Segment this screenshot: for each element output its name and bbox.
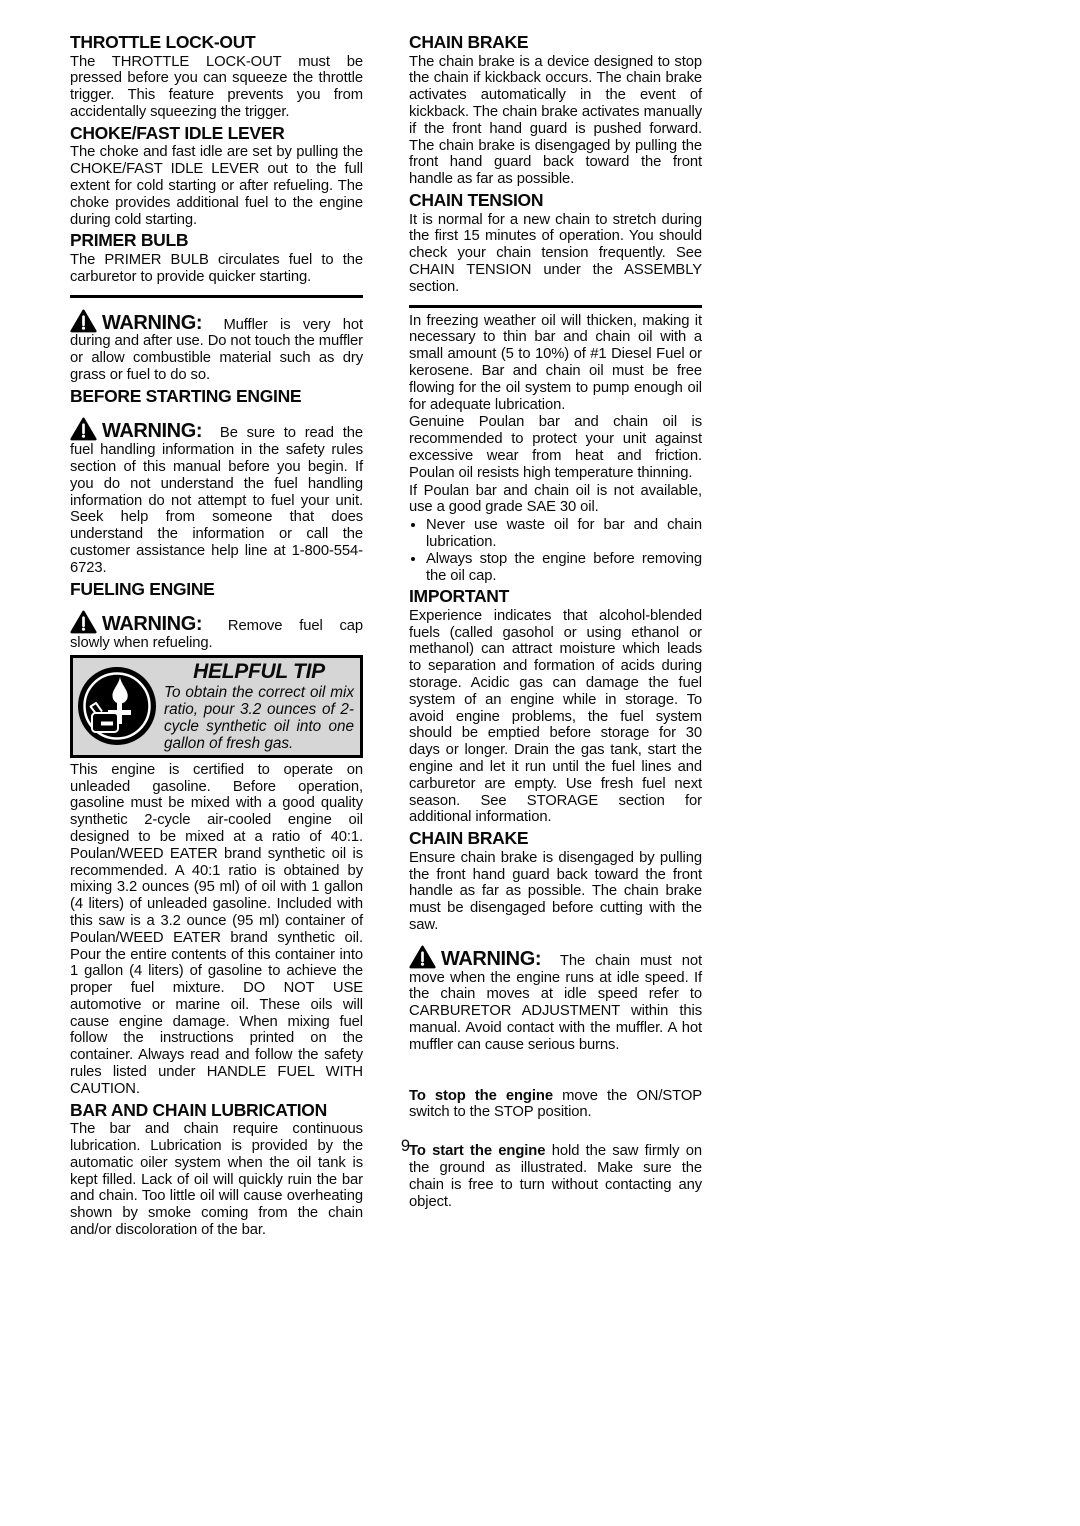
helpful-tip-body: To obtain the correct oil mix ratio, pou… <box>164 684 354 752</box>
section-heading-chain-brake-2: CHAIN BRAKE <box>409 829 702 849</box>
manual-page: THROTTLE LOCK-OUT The THROTTLE LOCK-OUT … <box>0 0 1080 1526</box>
two-column-layout: THROTTLE LOCK-OUT The THROTTLE LOCK-OUT … <box>70 30 702 1240</box>
section-heading-before-starting-engine: BEFORE STARTING ENGINE <box>70 387 363 407</box>
section-heading-fueling-engine: FUELING ENGINE <box>70 580 363 600</box>
warning-label: WARNING: <box>102 420 202 442</box>
section-heading-bar-chain-lubrication: BAR AND CHAIN LUBRICATION <box>70 1101 363 1121</box>
warning-triangle-icon <box>409 953 436 969</box>
right-column: CHAIN BRAKE The chain brake is a device … <box>409 30 702 1240</box>
helpful-tip-title: HELPFUL TIP <box>164 661 354 683</box>
warning-label: WARNING: <box>441 948 541 970</box>
paragraph-important-storage: Experience indicates that alcohol-blende… <box>409 608 702 826</box>
paragraph-throttle-lockout: The THROTTLE LOCK-OUT must be pressed be… <box>70 54 363 121</box>
list-item: Always stop the engine before removing t… <box>426 551 702 585</box>
section-divider <box>70 295 363 298</box>
helpful-tip-content: HELPFUL TIP To obtain the correct oil mi… <box>164 661 354 752</box>
paragraph-chain-brake: The chain brake is a device designed to … <box>409 54 702 188</box>
paragraph-oil-recommended: Genuine Poulan bar and chain oil is reco… <box>409 414 702 481</box>
oil-mix-can-icon <box>77 666 157 746</box>
paragraph-stop-engine: To stop the engine move the ON/STOP swit… <box>409 1088 702 1122</box>
paragraph-choke-fast-idle: The choke and fast idle are set by pulli… <box>70 144 363 228</box>
warning-note-muffler: WARNING: Muffler is very hot during and … <box>70 309 363 384</box>
warning-note-idle-chain: WARNING: The chain must not move when th… <box>409 945 702 1054</box>
section-heading-chain-brake: CHAIN BRAKE <box>409 33 702 53</box>
page-number: 9 <box>70 1137 741 1156</box>
warning-note-fuel-handling: WARNING: Be sure to read the fuel handli… <box>70 417 363 576</box>
paragraph-chain-brake-disengage: Ensure chain brake is disengaged by pull… <box>409 850 702 934</box>
section-heading-choke-fast-idle: CHOKE/FAST IDLE LEVER <box>70 124 363 144</box>
paragraph-oil-alternative: If Poulan bar and chain oil is not avail… <box>409 483 702 517</box>
section-heading-important: IMPORTANT <box>409 587 702 607</box>
left-column: THROTTLE LOCK-OUT The THROTTLE LOCK-OUT … <box>70 30 363 1240</box>
warning-text: Be sure to read the fuel handling inform… <box>70 425 363 575</box>
paragraph-chain-tension: It is normal for a new chain to stretch … <box>409 212 702 296</box>
warning-note-fuel-cap: WARNING: Remove fuel cap slowly when ref… <box>70 610 363 652</box>
paragraph-fuel-mixing: This engine is certified to operate on u… <box>70 762 363 1098</box>
section-heading-primer-bulb: PRIMER BULB <box>70 231 363 251</box>
paragraph-primer-bulb: The PRIMER BULB circulates fuel to the c… <box>70 252 363 286</box>
warning-label: WARNING: <box>102 613 202 635</box>
helpful-tip-box: HELPFUL TIP To obtain the correct oil mi… <box>70 655 363 758</box>
warning-label: WARNING: <box>102 312 202 334</box>
stop-engine-lead: To stop the engine <box>409 1088 553 1104</box>
warning-triangle-icon <box>70 317 97 333</box>
paragraph-oil-freezing-weather: In freezing weather oil will thicken, ma… <box>409 313 702 414</box>
warning-triangle-icon <box>70 618 97 634</box>
warning-triangle-icon <box>70 425 97 441</box>
oil-usage-bullet-list: Never use waste oil for bar and chain lu… <box>409 517 702 584</box>
section-divider <box>409 305 702 308</box>
section-heading-chain-tension: CHAIN TENSION <box>409 191 702 211</box>
list-item: Never use waste oil for bar and chain lu… <box>426 517 702 551</box>
section-heading-throttle-lockout: THROTTLE LOCK-OUT <box>70 33 363 53</box>
